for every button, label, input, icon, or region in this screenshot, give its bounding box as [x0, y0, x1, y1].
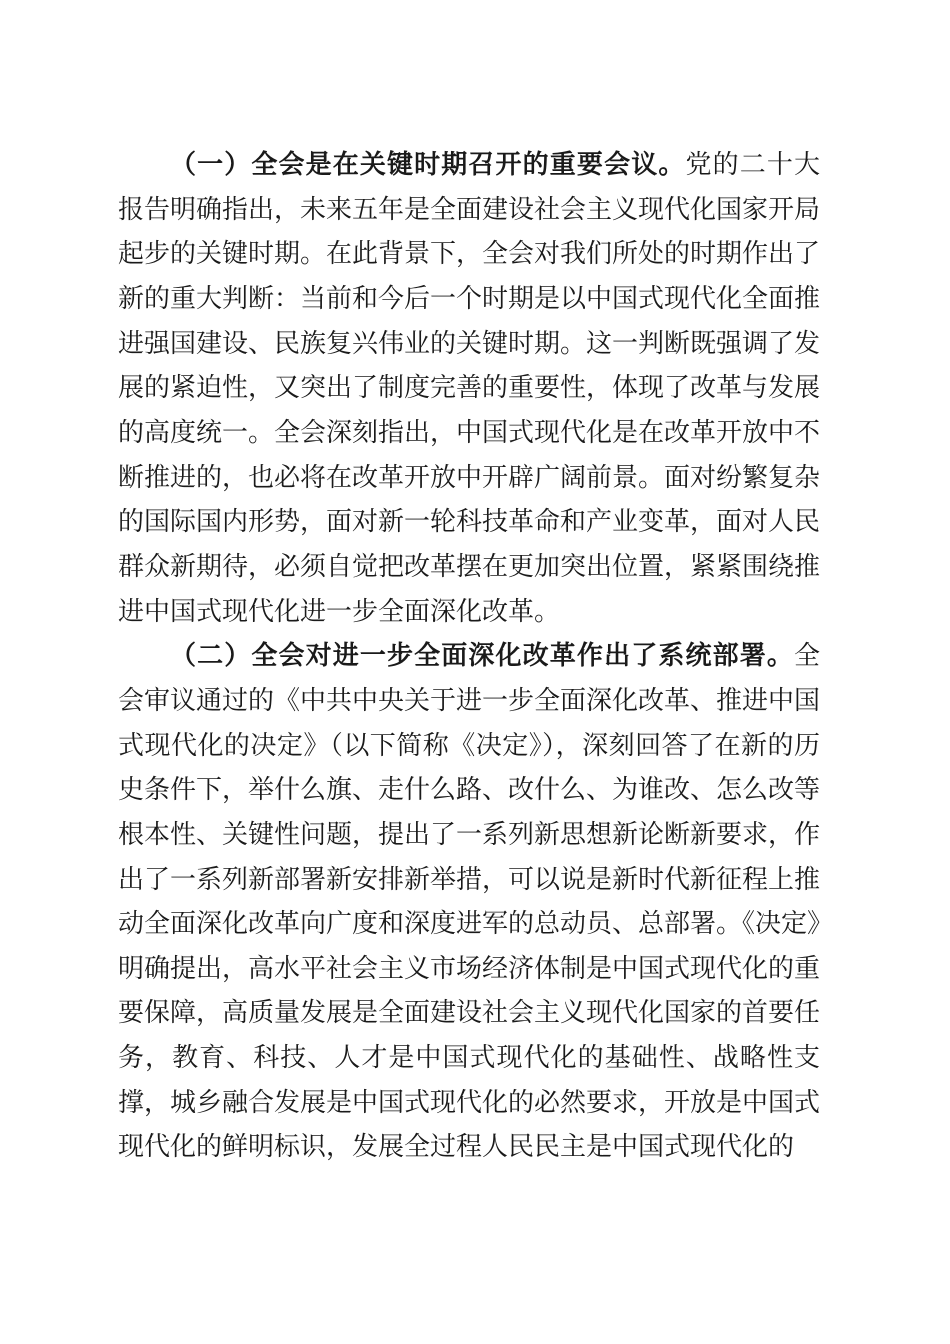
- paragraph-body-text: 全会审议通过的《中共中央关于进一步全面深化改革、推进中国式现代化的决定》（以下简…: [118, 641, 820, 1161]
- document-body-text: （一）全会是在关键时期召开的重要会议。党的二十大报告明确指出，未来五年是全面建设…: [118, 143, 820, 1170]
- paragraph: （一）全会是在关键时期召开的重要会议。党的二十大报告明确指出，未来五年是全面建设…: [118, 143, 820, 634]
- paragraph-body-text: 党的二十大报告明确指出，未来五年是全面建设社会主义现代化国家开局起步的关键时期。…: [118, 150, 820, 626]
- paragraph: （二）全会对进一步全面深化改革作出了系统部署。全会审议通过的《中共中央关于进一步…: [118, 634, 820, 1170]
- paragraph-lead-sentence: （二）全会对进一步全面深化改革作出了系统部署。: [170, 641, 794, 670]
- paragraph-lead-sentence: （一）全会是在关键时期召开的重要会议。: [170, 150, 685, 179]
- document-page: （一）全会是在关键时期召开的重要会议。党的二十大报告明确指出，未来五年是全面建设…: [0, 0, 950, 1344]
